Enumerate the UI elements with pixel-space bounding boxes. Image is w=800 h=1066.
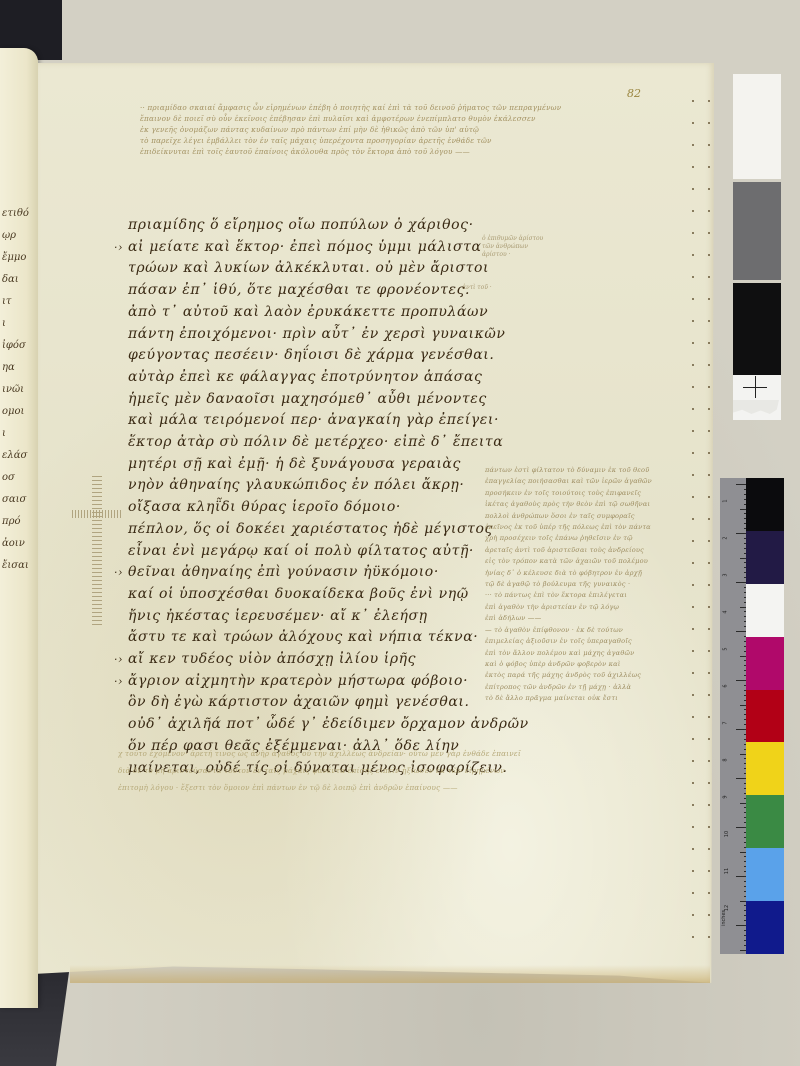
line-text: ἄστυ τε καὶ τρώων ἀλόχους καὶ νήπια τέκν… <box>128 629 478 645</box>
gray-card-black <box>733 283 781 375</box>
text-line: πριαμίδης ὅ εἴρημος οἴω ποπύλων ὀ χάριθο… <box>128 215 498 237</box>
line-text: ἄγριον αἰχμητὴν κρατερὸν μήστωρα φόβοιο· <box>128 673 468 689</box>
text-line: ὃν δὴ ἐγὼ κάρτιστον ἀχαιῶν φημὶ γενέσθαι… <box>128 692 498 714</box>
scholia-right-block: πάντων ἐστὶ φίλτατον τὸ δύναμιν ἐκ τοῦ θ… <box>485 465 655 705</box>
text-line: μητέρι σῇ καὶ ἐμῇ· ἡ δὲ ξυνάγουσα γεραιὰ… <box>128 454 498 476</box>
text-line: τρώων καὶ λυκίων ἀλκέκλυται. οὐ μὲν ἄρισ… <box>128 258 498 280</box>
pricking-hole <box>692 364 694 366</box>
pricking-hole <box>708 166 710 168</box>
line-text: αἴ κεν τυδέος υἱὸν ἀπόσχῃ ἰλίου ἱρῆς <box>128 651 416 667</box>
pricking-hole <box>708 782 710 784</box>
pricking-hole <box>708 826 710 828</box>
scholia-line: ἐκτὸς παρά τῆς μάχης ἀνδρὸς τοῦ ἀχιλλέως <box>485 670 655 681</box>
folio-bottom-edge-stain <box>70 965 710 983</box>
text-line: ·›θεῖναι ἀθηναίης ἐπὶ γούνασιν ἠϋκόμοιο· <box>128 562 498 584</box>
color-patch-green <box>746 795 784 848</box>
pricking-hole <box>708 320 710 322</box>
pricking-hole <box>692 496 694 498</box>
pricking-hole <box>708 100 710 102</box>
pricking-hole <box>708 518 710 520</box>
pricking-hole <box>708 540 710 542</box>
gray-card-white-target <box>733 375 781 420</box>
left-page-gloss: οσ <box>2 472 15 483</box>
pricking-hole <box>692 474 694 476</box>
scholia-line: τὸ δὲ ἄλλο πρᾶγμα μαίνεται οὐκ ἔστι <box>485 693 655 704</box>
line-text: ἀπὸ τ᾽ αὐτοῦ καὶ λαὸν ἐρυκάκεττε προπυλά… <box>128 304 488 320</box>
cross-horizontal-text <box>72 510 122 518</box>
scholia-line: ἐπὶ τὸν ἄλλον πολέμου καὶ μάχης ἀγαθῶν <box>485 648 655 659</box>
line-text: ἡμεῖς μὲν δαναοῖσι μαχησόμεθ᾽ αὖθι μένον… <box>128 391 487 407</box>
left-page-gloss: ἔισαι <box>2 560 29 571</box>
line-marker: ·› <box>114 671 123 693</box>
ruler-number: 7 <box>723 721 729 724</box>
text-line: ·›αἰ μείατε καὶ ἕκτορ· ἐπεὶ πόμος ὑμμι μ… <box>128 237 498 259</box>
pricking-hole <box>692 914 694 916</box>
line-text: καὶ μάλα τειρόμενοί περ· ἀναγκαίη γὰρ ἐπ… <box>128 412 499 428</box>
pricking-hole <box>708 804 710 806</box>
pricking-hole <box>708 342 710 344</box>
text-line: ·›αἴ κεν τυδέος υἱὸν ἀπόσχῃ ἰλίου ἱρῆς <box>128 649 498 671</box>
color-patch-white <box>746 584 784 637</box>
ruler-number: 12 <box>724 905 730 911</box>
line-text: αὐτὰρ ἐπεὶ κε φάλαγγας ἐποτρύνητον ἁπάσα… <box>128 369 482 385</box>
pricking-holes-right <box>692 100 694 950</box>
scholia-line: ἀρεταῖς ἀντὶ τοῦ ἀριστεῦσαι τοὺς ἀνδρείο… <box>485 545 655 556</box>
crosshair-vertical <box>755 376 756 398</box>
pricking-hole <box>708 254 710 256</box>
pricking-hole <box>692 870 694 872</box>
pricking-hole <box>692 672 694 674</box>
pricking-hole <box>708 606 710 608</box>
scholia-line: εἰς τὸν τρόπον κατὰ τῶν ἀχαιῶν τοῦ πολέμ… <box>485 556 655 567</box>
text-line: αὐτὰρ ἐπεὶ κε φάλαγγας ἐποτρύνητον ἁπάσα… <box>128 367 498 389</box>
ruler-number: 4 <box>723 610 729 613</box>
line-text: αἰ μείατε καὶ ἕκτορ· ἐπεὶ πόμος ὑμμι μάλ… <box>128 239 482 255</box>
scholia-line: χρὴ προσέχειν τοῖς ἐπάνω ῥηθεῖσιν ἐν τῷ <box>485 533 655 544</box>
pricking-hole <box>692 716 694 718</box>
pricking-hole <box>692 804 694 806</box>
main-text-block: πριαμίδης ὅ εἴρημος οἴω ποπύλων ὀ χάριθο… <box>128 215 498 779</box>
left-page-gloss: πρό <box>2 516 20 527</box>
pricking-hole <box>708 364 710 366</box>
line-text: καί οἱ ὑποσχέσθαι δυοκαίδεκα βοῦς ἐνὶ νη… <box>128 586 469 602</box>
ruler-number: 6 <box>723 684 729 687</box>
left-page-gloss: ι <box>2 318 6 329</box>
pricking-hole <box>692 628 694 630</box>
scholia-line: ἱκέτας ἀγαθοὺς πρὸς τὴν θεὸν ἐπὶ τῷ σωθῆ… <box>485 499 655 510</box>
text-line: πάντη ἐποιχόμενοι· πρὶν αὖτ᾽ ἐν χερσὶ γυ… <box>128 324 498 346</box>
cross-vertical-text <box>92 476 102 626</box>
pricking-hole <box>708 650 710 652</box>
left-page-gloss: ι <box>2 428 6 439</box>
text-line: καί οἱ ὑποσχέσθαι δυοκαίδεκα βοῦς ἐνὶ νη… <box>128 584 498 606</box>
pricking-hole <box>692 342 694 344</box>
pricking-hole <box>692 210 694 212</box>
line-text: πέπλον, ὅς οἱ δοκέει χαριέστατος ἠδὲ μέγ… <box>128 521 493 537</box>
pricking-hole <box>692 518 694 520</box>
pricking-hole <box>692 848 694 850</box>
color-patch-black <box>746 478 784 531</box>
text-line: εἶναι ἐνὶ μεγάρῳ καί οἱ πολὺ φίλτατος αὐ… <box>128 541 498 563</box>
pricking-hole <box>708 430 710 432</box>
scholia-line: ἐπὶ ἀδήλων —— <box>485 613 655 624</box>
text-line: ἄστυ τε καὶ τρώων ἀλόχους καὶ νήπια τέκν… <box>128 627 498 649</box>
pricking-hole <box>692 650 694 652</box>
left-page-gloss: δαι <box>2 274 19 285</box>
line-text: ὃν δὴ ἐγὼ κάρτιστον ἀχαιῶν φημὶ γενέσθαι… <box>128 694 470 710</box>
pricking-hole <box>708 672 710 674</box>
line-text: πριαμίδης ὅ εἴρημος οἴω ποπύλων ὀ χάριθο… <box>128 217 474 233</box>
pricking-hole <box>692 936 694 938</box>
pricking-hole <box>692 738 694 740</box>
pricking-hole <box>692 892 694 894</box>
pricking-hole <box>692 232 694 234</box>
pricking-hole <box>692 122 694 124</box>
scholia-line: ἐπαγγελίας ποιήσασθαι καὶ τῶν ἱερῶν ἀγαθ… <box>485 476 655 487</box>
pricking-hole <box>708 914 710 916</box>
pricking-hole <box>692 782 694 784</box>
text-line: ἕκτορ ἀτὰρ σὺ πόλιν δὲ μετέρχεο· εἰπὲ δ᾽… <box>128 432 498 454</box>
line-text: ἕκτορ ἀτὰρ σὺ πόλιν δὲ μετέρχεο· εἰπὲ δ᾽… <box>128 434 503 450</box>
left-page-gloss: ηα <box>2 362 15 373</box>
left-page-gloss: ἰφόσ <box>2 340 26 351</box>
pricking-hole <box>692 276 694 278</box>
text-line: ἀπὸ τ᾽ αὐτοῦ καὶ λαὸν ἐρυκάκεττε προπυλά… <box>128 302 498 324</box>
pricking-hole <box>692 100 694 102</box>
line-text: τρώων καὶ λυκίων ἀλκέκλυται. οὐ μὲν ἄρισ… <box>128 260 489 276</box>
pricking-hole <box>708 892 710 894</box>
left-page-gloss: ελάσ <box>2 450 27 461</box>
scholia-line: ἔπαινον δὲ ποιεῖ σὺ οὖν ἐκεῖνοις ἐπέβησα… <box>140 113 645 124</box>
scholia-line: πάντων ἐστὶ φίλτατον τὸ δύναμιν ἐκ τοῦ θ… <box>485 465 655 476</box>
scholia-bottom-block: χ τοῦτο ἐχόμενον· ἀρετή τινος ὡς ἀνὴρ ἀγ… <box>118 745 638 796</box>
scholia-line: πολλοὶ ἀνθρώπων ὅσοι ἐν ταῖς συμφοραῖς <box>485 511 655 522</box>
line-marker: ·› <box>114 649 123 671</box>
line-text: εἶναι ἐνὶ μεγάρῳ καί οἱ πολὺ φίλτατος αὐ… <box>128 543 474 559</box>
ruler-number: 11 <box>724 868 730 874</box>
pricking-hole <box>708 452 710 454</box>
pricking-hole <box>692 584 694 586</box>
pricking-hole <box>708 562 710 564</box>
pricking-hole <box>692 144 694 146</box>
scholia-line: χ τοῦτο ἐχόμενον· ἀρετή τινος ὡς ἀνὴρ ἀγ… <box>118 745 638 762</box>
gray-card-mid-gray <box>733 182 781 280</box>
line-marker: ·› <box>114 237 123 259</box>
color-patch-red <box>746 690 784 743</box>
scholia-line: ἠνίας δ᾽ ὁ κέλευσε διὰ τὸ φόβητρον ἐν ἀρ… <box>485 568 655 579</box>
text-line: οἴξασα κληῗδι θύρας ἱεροῖο δόμοιο· <box>128 497 498 519</box>
scholia-line: ·· πριαμίδαο σκαιαί ἄμφασις ὧν εἰρημένων… <box>140 102 645 113</box>
line-text: ἤνις ἠκέστας ἱερευσέμεν· αἴ κ᾽ ἐλεήσῃ <box>128 608 428 624</box>
ruler-number: 9 <box>723 795 729 798</box>
pricking-hole <box>708 210 710 212</box>
pricking-hole <box>692 254 694 256</box>
left-page-gloss: ῳρ <box>2 230 16 241</box>
line-text: πάσαν ἐπ᾽ ἱθύ, ὅτε μαχέσθαι τε φρονέοντε… <box>128 282 470 298</box>
color-calibration-strip <box>746 478 784 954</box>
folio-number: 82 <box>627 87 641 100</box>
left-page-gloss: σαισ <box>2 494 26 505</box>
text-line: πάσαν ἐπ᾽ ἱθύ, ὅτε μαχέσθαι τε φρονέοντε… <box>128 280 498 302</box>
text-line: φεύγοντας πεσέειν· δηΐοισι δὲ χάρμα γενέ… <box>128 345 498 367</box>
color-patch-magenta <box>746 637 784 690</box>
pricking-hole <box>692 540 694 542</box>
scholia-line: τὸ παρεῖχε λέγει ἐμβάλλει τὸν ἐν ταῖς μά… <box>140 135 645 146</box>
text-line: καὶ μάλα τειρόμενοί περ· ἀναγκαίη γὰρ ἐπ… <box>128 410 498 432</box>
color-patch-yellow <box>746 742 784 795</box>
ruler-number: 2 <box>723 536 729 539</box>
scholia-line: ἐπιμελείας ἀξιοῦσιν ἐν τοῖς ὑπεραγαθοῖς <box>485 636 655 647</box>
line-text: οὐδ᾽ ἀχιλῆά ποτ᾽ ὧδέ γ᾽ ἐδείδιμεν ὄρχαμο… <box>128 716 529 732</box>
scholia-line: ἐκεῖνος ἐκ τοῦ ὑπέρ τῆς πόλεως ἐπὶ τὸν π… <box>485 522 655 533</box>
left-page-gloss: ιτ <box>2 296 11 307</box>
text-line: πέπλον, ὅς οἱ δοκέει χαριέστατος ἠδὲ μέγ… <box>128 519 498 541</box>
ruler-number: 3 <box>723 573 729 576</box>
pricking-hole <box>708 298 710 300</box>
pricking-hole <box>708 386 710 388</box>
color-patch-light-blue <box>746 848 784 901</box>
gray-scale-card <box>733 74 781 414</box>
pricking-hole <box>708 870 710 872</box>
line-text: πάντη ἐποιχόμενοι· πρὶν αὖτ᾽ ἐν χερσὶ γυ… <box>128 326 506 342</box>
pricking-hole <box>692 408 694 410</box>
pricking-holes-edge <box>708 100 710 950</box>
pricking-hole <box>708 694 710 696</box>
pricking-hole <box>708 936 710 938</box>
scholia-line: ἐπὶ ἀγαθὸν τὴν ἀριστείαν ἐν τῷ λόγῳ <box>485 602 655 613</box>
pricking-hole <box>692 298 694 300</box>
pricking-hole <box>708 122 710 124</box>
scholia-line: προσήκειν ἐν τοῖς τοιούτοις τοὺς ἐπιφανε… <box>485 488 655 499</box>
line-text: μητέρι σῇ καὶ ἐμῇ· ἡ δὲ ξυνάγουσα γεραιὰ… <box>128 456 461 472</box>
pricking-hole <box>692 166 694 168</box>
ruler-unit-label: inches <box>721 910 727 926</box>
scholia-line: ἐκ γενεῆς ὀνομάζων πάντας κυδαίνων πρὸ π… <box>140 124 645 135</box>
pricking-hole <box>692 694 694 696</box>
text-line: νηὸν ἀθηναίης γλαυκώπιδος ἐν πόλει ἄκρῃ· <box>128 475 498 497</box>
pricking-hole <box>692 188 694 190</box>
text-line: ἡμεῖς μὲν δαναοῖσι μαχησόμεθ᾽ αὖθι μένον… <box>128 389 498 411</box>
left-facing-page: ετιθόῳρἔμμοδαιιτιἰφόσηαινῶιομοιιελάσοσσα… <box>0 48 38 1008</box>
pricking-hole <box>708 584 710 586</box>
pricking-hole <box>708 144 710 146</box>
pricking-hole <box>708 474 710 476</box>
scholia-line: καὶ ὁ φόβος ὑπὲρ ἀνδρῶν φοβερὸν καὶ <box>485 659 655 670</box>
pricking-hole <box>692 562 694 564</box>
pricking-hole <box>708 628 710 630</box>
ruler-number: 1 <box>723 499 729 502</box>
color-patch-dark-violet <box>746 531 784 584</box>
pricking-hole <box>708 848 710 850</box>
line-text: φεύγοντας πεσέειν· δηΐοισι δὲ χάρμα γενέ… <box>128 347 494 363</box>
pricking-hole <box>692 826 694 828</box>
ruler-number: 10 <box>724 831 730 837</box>
scholia-line: ἐπίτροπος τῶν ἀνδρῶν ἐν τῇ μάχῃ · ἀλλὰ <box>485 682 655 693</box>
line-marker: ·› <box>114 562 123 584</box>
left-page-gloss: ετιθό <box>2 208 29 219</box>
pricking-hole <box>708 408 710 410</box>
left-page-gloss: ἔμμο <box>2 252 26 263</box>
scholia-line: τῷ δὲ ἀγαθῷ τὸ βούλευμα τῆς γυναικὸς · <box>485 579 655 590</box>
line-text: θεῖναι ἀθηναίης ἐπὶ γούνασιν ἠϋκόμοιο· <box>128 564 439 580</box>
pricking-hole <box>708 276 710 278</box>
pricking-hole <box>708 760 710 762</box>
ruler-number: 8 <box>723 758 729 761</box>
measurement-ruler: inches 123456789101112 <box>720 478 749 954</box>
line-text: οἴξασα κληῗδι θύρας ἱεροῖο δόμοιο· <box>128 499 401 515</box>
pricking-hole <box>692 452 694 454</box>
pricking-hole <box>692 760 694 762</box>
pricking-hole <box>708 716 710 718</box>
left-page-gloss: ινῶι <box>2 384 24 395</box>
left-page-gloss: ομοι <box>2 406 24 417</box>
text-line: ·›ἄγριον αἰχμητὴν κρατερὸν μήστωρα φόβοι… <box>128 671 498 693</box>
pricking-hole <box>692 320 694 322</box>
text-line: ἤνις ἠκέστας ἱερευσέμεν· αἴ κ᾽ ἐλεήσῃ <box>128 606 498 628</box>
scholia-top-block: ·· πριαμίδαο σκαιαί ἄμφασις ὧν εἰρημένων… <box>140 102 645 157</box>
ruler-number: 5 <box>723 647 729 650</box>
text-line: οὐδ᾽ ἀχιλῆά ποτ᾽ ὧδέ γ᾽ ἐδείδιμεν ὄρχαμο… <box>128 714 498 736</box>
gray-card-white <box>733 74 781 179</box>
pricking-hole <box>692 606 694 608</box>
pricking-hole <box>708 188 710 190</box>
pricking-hole <box>692 430 694 432</box>
pricking-hole <box>708 496 710 498</box>
pricking-hole <box>692 386 694 388</box>
color-patch-dark-blue <box>746 901 784 954</box>
scholia-line: ἐπιτομὴ λόγου · ἔξεστι τὸν ὅμοιον ἐπὶ πά… <box>118 779 638 796</box>
pricking-hole <box>708 232 710 234</box>
pricking-hole <box>708 738 710 740</box>
scholia-line: ἐπιδείκνυται ἐπὶ τοῖς ἑαυτοῦ ἐπαίνοις ἀκ… <box>140 146 645 157</box>
left-page-gloss: ἀοιν <box>2 538 25 549</box>
scholia-line: — τὸ ἀγαθὸν ἐπίφθονον · ἐκ δὲ τούτων <box>485 625 655 636</box>
scholia-line: διὰ δὲ τὸ μὴ ἀριστεύσαντα τοῦτον ἐν ταῖς… <box>118 762 638 779</box>
cross-shaped-scholia-figure <box>72 470 122 630</box>
scholia-line: ··· τὸ πάντως ἐπὶ τὸν ἕκτορα ἐπιλέγεται <box>485 590 655 601</box>
line-text: νηὸν ἀθηναίης γλαυκώπιδος ἐν πόλει ἄκρῃ· <box>128 477 464 493</box>
